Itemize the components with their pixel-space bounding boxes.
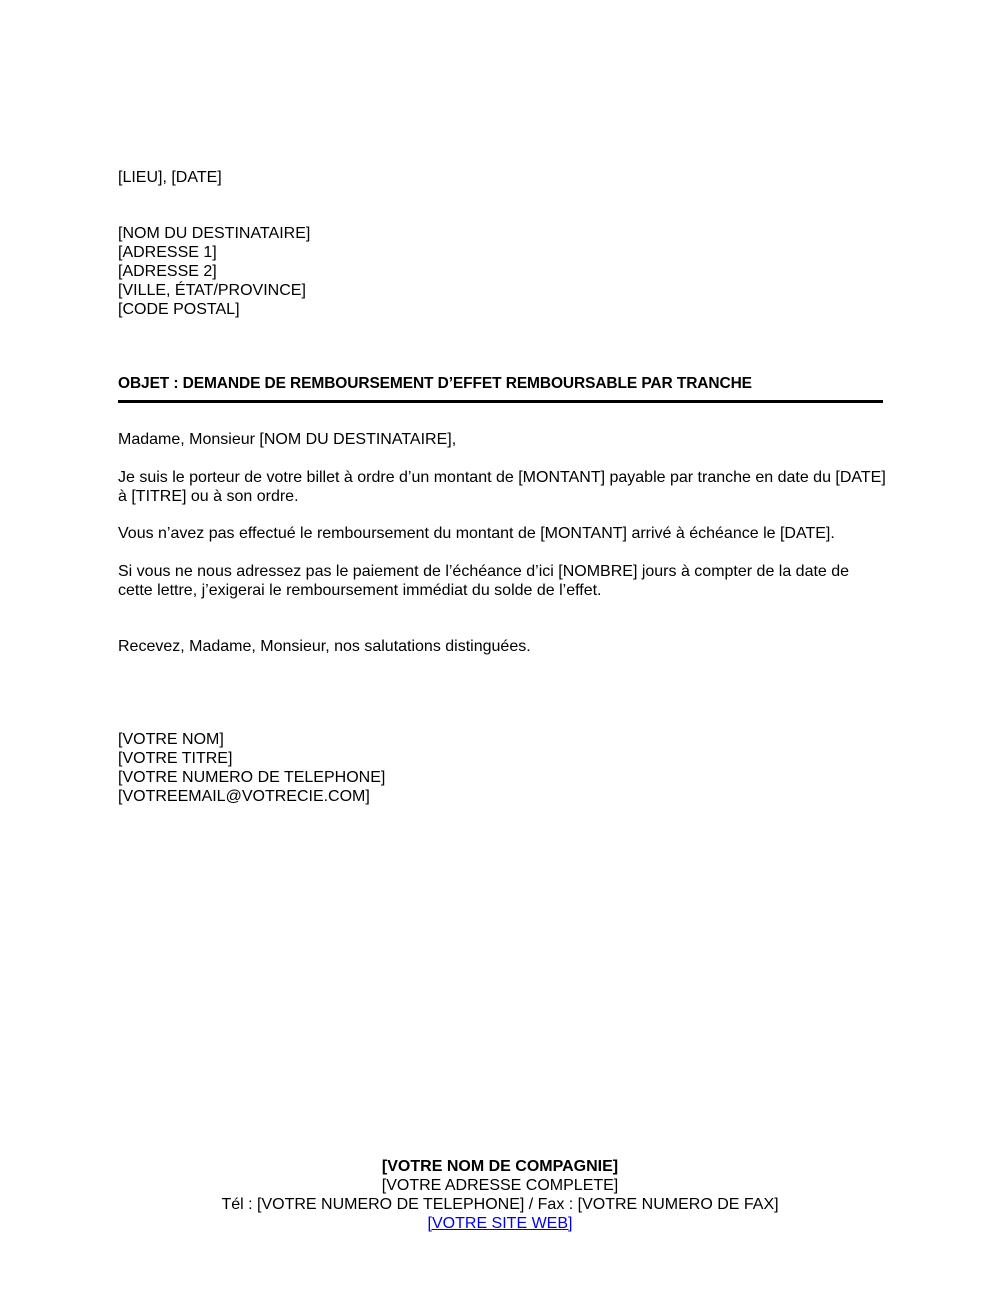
- paragraph-3: Si vous ne nous adressez pas le paiement…: [118, 562, 888, 600]
- sender-name: [VOTRE NOM]: [118, 730, 385, 749]
- place-date: [LIEU], [DATE]: [118, 168, 222, 187]
- company-website-link[interactable]: [VOTRE SITE WEB]: [428, 1215, 573, 1232]
- sender-title: [VOTRE TITRE]: [118, 749, 385, 768]
- recipient-address: [NOM DU DESTINATAIRE] [ADRESSE 1] [ADRES…: [118, 224, 310, 319]
- recipient-city: [VILLE, ÉTAT/PROVINCE]: [118, 281, 310, 300]
- signature-block: [VOTRE NOM] [VOTRE TITRE] [VOTRE NUMERO …: [118, 730, 385, 806]
- recipient-address-2: [ADRESSE 2]: [118, 262, 310, 281]
- recipient-postal-code: [CODE POSTAL]: [118, 300, 310, 319]
- recipient-address-1: [ADRESSE 1]: [118, 243, 310, 262]
- closing: Recevez, Madame, Monsieur, nos salutatio…: [118, 637, 531, 656]
- sender-email: [VOTREEMAIL@VOTRECIE.COM]: [118, 787, 385, 806]
- recipient-name: [NOM DU DESTINATAIRE]: [118, 224, 310, 243]
- subject-divider: [118, 400, 883, 403]
- paragraph-1: Je suis le porteur de votre billet à ord…: [118, 468, 888, 506]
- company-contact: Tél : [VOTRE NUMERO DE TELEPHONE] / Fax …: [0, 1195, 1000, 1214]
- company-name: [VOTRE NOM DE COMPAGNIE]: [0, 1157, 1000, 1176]
- sender-phone: [VOTRE NUMERO DE TELEPHONE]: [118, 768, 385, 787]
- paragraph-2: Vous n’avez pas effectué le remboursemen…: [118, 524, 888, 543]
- letterhead-footer: [VOTRE NOM DE COMPAGNIE] [VOTRE ADRESSE …: [0, 1157, 1000, 1233]
- subject-line: OBJET : DEMANDE DE REMBOURSEMENT D’EFFET…: [118, 374, 752, 393]
- company-address: [VOTRE ADRESSE COMPLETE]: [0, 1176, 1000, 1195]
- salutation: Madame, Monsieur [NOM DU DESTINATAIRE],: [118, 430, 456, 449]
